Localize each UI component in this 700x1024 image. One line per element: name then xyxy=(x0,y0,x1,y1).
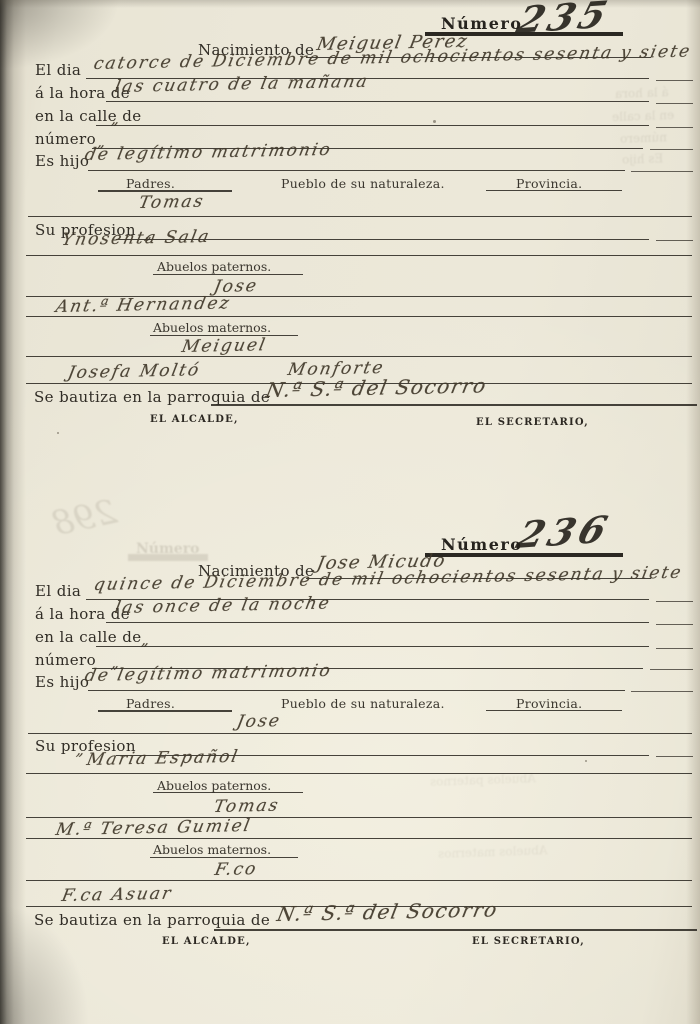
col-header-provincia: Provincia. xyxy=(516,696,582,711)
abuela-materna-handwritten: Josefa Moltó xyxy=(66,360,202,383)
numero-calle-line-end xyxy=(650,669,693,670)
abuela-paterna-handwritten: M.ª Teresa Gumiel xyxy=(54,816,253,840)
es-hijo-line xyxy=(88,170,625,171)
parroquia-line xyxy=(211,404,697,406)
hora-handwritten: las cuatro de la mañana xyxy=(113,72,371,97)
madre-handwritten: Maria Español xyxy=(85,747,241,770)
padre-handwritten: Tomas xyxy=(137,192,206,213)
es-hijo-line-end xyxy=(631,691,693,692)
calle-line-end xyxy=(656,648,693,649)
scanned-registry-page: 298 Número á la hora en la calle número … xyxy=(0,0,700,1024)
es-hijo-label: Es hijo xyxy=(35,673,89,691)
abuela-materna-handwritten: F.ca Asuar xyxy=(60,884,174,906)
secretario-label: EL SECRETARIO, xyxy=(476,417,589,428)
col-header-pueblo: Pueblo de su naturaleza. xyxy=(281,696,445,711)
numero-value-handwritten: 235 xyxy=(512,0,616,42)
hora-line-end xyxy=(656,624,693,625)
abuelo-materno-handwritten: F.co xyxy=(213,859,259,880)
hora-line-end xyxy=(656,103,693,104)
padre-handwritten: Jose xyxy=(235,711,283,732)
col-header-padres: Padres. xyxy=(126,176,175,191)
parroquia-handwritten: N.ª S.ª del Socorro xyxy=(275,897,500,926)
provincia-underline xyxy=(486,190,622,191)
abuelo-materno-handwritten: Meiguel xyxy=(180,335,268,357)
parroquia-line xyxy=(214,929,697,931)
parroquia-handwritten: N.ª S.ª del Socorro xyxy=(264,373,489,402)
madre-line xyxy=(26,255,692,256)
madre-line xyxy=(26,773,692,774)
abuela-paterna-handwritten: Ant.ª Hernandez xyxy=(54,293,232,317)
padre-line xyxy=(28,216,692,217)
birth-record-236: Número 236 Nacimiento de Jose Micudo El … xyxy=(0,521,700,981)
numero-underline xyxy=(425,553,623,557)
es-hijo-label: Es hijo xyxy=(35,152,89,170)
calle-line-end xyxy=(656,127,693,128)
numero-value-handwritten: 236 xyxy=(512,507,616,557)
dia-label: El dia xyxy=(35,61,81,79)
numero-label: Número xyxy=(441,14,522,33)
bautiza-label: Se bautiza en la parroquia de xyxy=(34,911,270,929)
abuelo-materno-line xyxy=(26,356,692,357)
calle-label: en la calle de xyxy=(35,628,141,646)
abuelos-paternos-underline xyxy=(153,274,303,275)
col-header-padres: Padres. xyxy=(126,696,175,711)
fecha-line-end xyxy=(656,80,693,81)
profesion-line-end xyxy=(656,240,693,241)
padre-line xyxy=(28,733,692,734)
numero-label: Número xyxy=(441,535,522,554)
alcalde-label: EL ALCALDE, xyxy=(150,414,239,425)
abuelos-paternos-underline xyxy=(153,792,303,793)
hora-line xyxy=(106,101,649,102)
hora-handwritten: las once de la noche xyxy=(113,594,333,618)
abuelo-materno-line xyxy=(26,880,692,881)
hora-line xyxy=(106,622,649,623)
abuelos-maternos-underline xyxy=(150,857,298,858)
abuela-paterna-line xyxy=(26,838,692,839)
calle-line xyxy=(96,125,649,126)
col-header-pueblo: Pueblo de su naturaleza. xyxy=(281,176,445,191)
abuelos-maternos-label: Abuelos maternos. xyxy=(153,842,271,857)
profesion-line-end xyxy=(656,756,693,757)
abuela-paterna-line xyxy=(26,316,692,317)
dia-label: El dia xyxy=(35,582,81,600)
birth-record-235: Número 235 Nacimiento de Meiguel Perez E… xyxy=(0,0,700,460)
calle-label: en la calle de xyxy=(35,107,141,125)
secretario-label: EL SECRETARIO, xyxy=(472,936,585,947)
padres-underline xyxy=(98,710,232,712)
abuelos-paternos-label: Abuelos paternos. xyxy=(157,259,271,274)
provincia-underline xyxy=(486,710,622,711)
numero-calle-line-end xyxy=(650,149,693,150)
abuelo-paterno-handwritten: Tomas xyxy=(212,796,281,817)
abuelos-paternos-label: Abuelos paternos. xyxy=(157,778,271,793)
es-hijo-handwritten: de legítimo matrimonio xyxy=(83,140,334,165)
madre-handwritten: Ynosenta Sala xyxy=(60,227,212,250)
es-hijo-line xyxy=(88,690,625,691)
abuelos-maternos-label: Abuelos maternos. xyxy=(153,320,271,335)
calle-line xyxy=(96,646,649,647)
fecha-line-end xyxy=(656,601,693,602)
alcalde-label: EL ALCALDE, xyxy=(162,936,251,947)
col-header-provincia: Provincia. xyxy=(516,176,582,191)
es-hijo-handwritten: de legítimo matrimonio xyxy=(83,661,334,686)
es-hijo-line-end xyxy=(631,171,693,172)
